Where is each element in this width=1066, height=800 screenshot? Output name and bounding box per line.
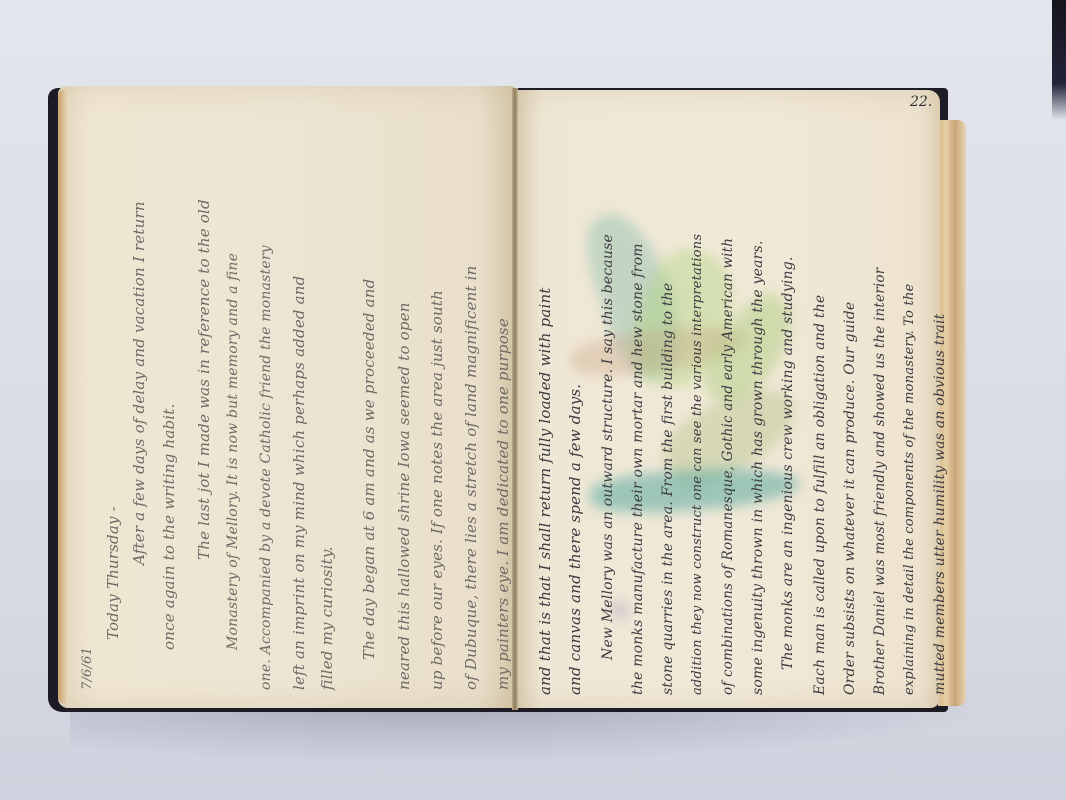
handwritten-line: After a few days of delay and vacation I…	[130, 201, 148, 565]
handwritten-line: The last jot I made was in reference to …	[195, 199, 213, 560]
handwritten-line: mutted members utter humility was an obv…	[932, 314, 948, 695]
handwritten-line: my painters eye. I am dedicated to one p…	[494, 318, 512, 690]
handwritten-line: addition they now construct one can see …	[690, 234, 705, 695]
handwritten-line: Each man is called upon to fulfill an ob…	[812, 295, 828, 695]
handwritten-line: Today Thursday -	[104, 506, 122, 640]
handwritten-line: and canvas and there spend a few days.	[566, 384, 584, 695]
handwritten-line: New Mellory was an outward structure. I …	[600, 234, 616, 660]
handwritten-line: Order subsists on whatever it can produc…	[842, 302, 858, 695]
handwritten-line: up before our eyes. If one notes the are…	[428, 290, 446, 690]
handwritten-line: the monks manufacture their own mortar a…	[630, 243, 646, 695]
table-edge-shadow	[1052, 0, 1066, 120]
handwritten-line: The day began at 6 am and as we proceede…	[360, 279, 378, 660]
handwritten-line: stone quarries in the area. From the fir…	[660, 283, 676, 695]
handwritten-line: Monastery of Mellory. It is now but memo…	[225, 253, 241, 650]
handwritten-line: of combinations of Romanesque, Gothic an…	[720, 238, 736, 695]
page-number: 22.	[910, 94, 932, 110]
handwritten-line: explaining in detail the components of t…	[902, 284, 917, 695]
handwritten-line: some ingenuity thrown in which has grown…	[750, 240, 766, 695]
handwritten-line: filled my curiosity.	[318, 547, 336, 691]
handwritten-line: Brother Daniel was most friendly and sho…	[872, 268, 888, 695]
handwritten-line: neared this hallowed shrine Iowa seemed …	[395, 302, 413, 690]
handwritten-line: left an imprint on my mind which perhaps…	[290, 276, 308, 690]
handwritten-line: one. Accompanied by a devote Catholic fr…	[258, 245, 274, 690]
book-gutter	[512, 88, 518, 710]
handwritten-line: The monks are an ingenious crew working …	[780, 256, 796, 670]
handwritten-line: of Dubuque, there lies a stretch of land…	[462, 265, 480, 690]
handwritten-line: once again to the writing habit.	[160, 404, 178, 650]
handwritten-line: 7/6/61	[80, 647, 95, 690]
handwritten-line: and that is that I shall return fully lo…	[536, 287, 554, 695]
left-page-edge	[58, 90, 68, 704]
